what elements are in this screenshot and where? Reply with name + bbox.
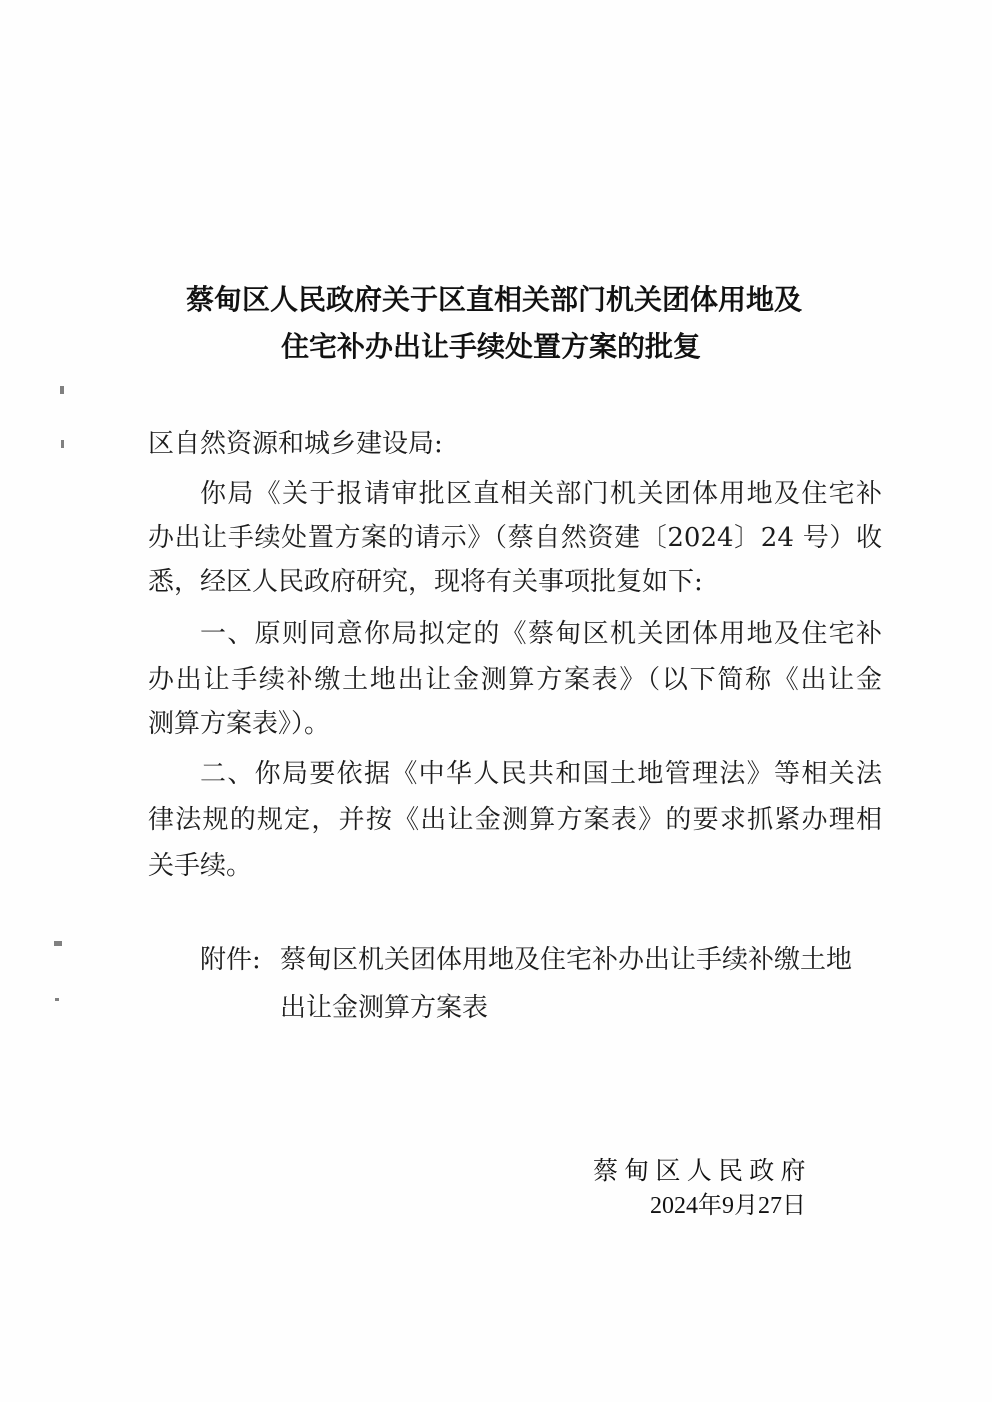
body-line: 二、你局要依据《中华人民共和国土地管理法》等相关法	[200, 754, 882, 794]
scan-speck	[54, 941, 62, 946]
issuer-name: 蔡 甸 区 人 民 政 府	[593, 1155, 806, 1189]
body-line: 关手续。	[148, 846, 252, 886]
body-line: 办出让手续补缴土地出让金测算方案表》（以下简称《出让金	[148, 660, 882, 700]
body-line: 一、原则同意你局拟定的《蔡甸区机关团体用地及住宅补	[200, 614, 882, 654]
attachment-label: 附件:	[200, 940, 261, 980]
document-page: 蔡甸区人民政府关于区直相关部门机关团体用地及 住宅补办出让手续处置方案的批复 区…	[0, 0, 992, 1402]
addressee: 区自然资源和城乡建设局:	[148, 424, 443, 464]
attachment-line: 出让金测算方案表	[280, 988, 488, 1028]
document-title-line-2: 住宅补办出让手续处置方案的批复	[0, 325, 987, 369]
body-line: 办出让手续处置方案的请示》（蔡自然资建〔2024〕24 号）收	[148, 518, 882, 558]
attachment-line: 蔡甸区机关团体用地及住宅补办出让手续补缴土地	[280, 940, 852, 980]
body-line: 悉，经区人民政府研究，现将有关事项批复如下:	[148, 562, 703, 602]
body-line: 律法规的规定，并按《出让金测算方案表》的要求抓紧办理相	[148, 800, 882, 840]
document-title-line-1: 蔡甸区人民政府关于区直相关部门机关团体用地及	[0, 278, 990, 322]
body-line: 你局《关于报请审批区直相关部门机关团体用地及住宅补	[200, 474, 882, 514]
scan-speck	[61, 440, 64, 448]
issue-date: 2024年9月27日	[650, 1190, 806, 1222]
scan-speck	[55, 998, 59, 1001]
body-line: 测算方案表》）。	[148, 704, 330, 744]
scan-speck	[60, 386, 64, 394]
